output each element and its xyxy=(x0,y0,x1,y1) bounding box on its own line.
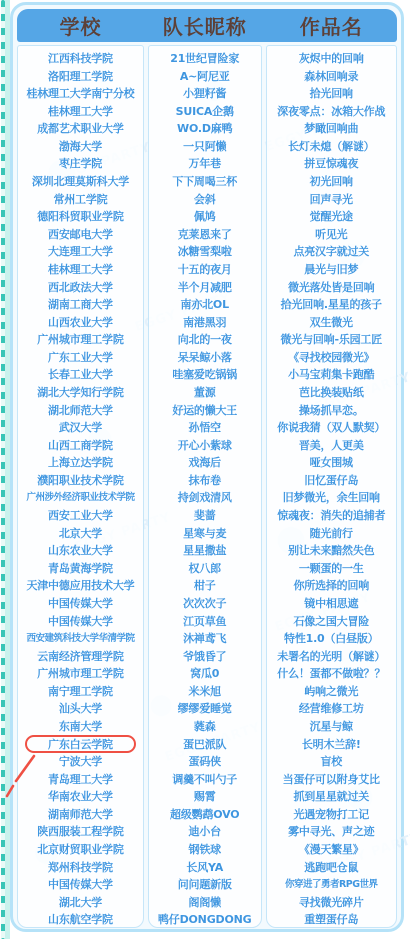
cell-captain: 万年巷 xyxy=(149,155,261,173)
cell-school: 桂林理工大学 xyxy=(18,103,143,121)
cell-work: 芭比换装贴纸 xyxy=(267,384,396,402)
cell-work: 灰烬中的回响 xyxy=(267,50,396,68)
cell-captain: 调羹不叫勺子 xyxy=(149,771,261,789)
cell-school: 长春工业大学 xyxy=(18,366,143,384)
cell-work: 你穿进了勇者RPG世界 xyxy=(267,876,396,894)
cell-captain: 向北的一夜 xyxy=(149,331,261,349)
cell-work: 你说我猜（双人默契） xyxy=(267,419,396,437)
cell-work: 晨光与旧梦 xyxy=(267,261,396,279)
cell-school: 东南大学 xyxy=(18,718,143,736)
cell-work: 森林回响录 xyxy=(267,68,396,86)
cell-captain: 下下周喝三杯 xyxy=(149,173,261,191)
cell-work: 拾光回响 xyxy=(267,85,396,103)
cell-work: 光遇宠物打工记 xyxy=(267,806,396,824)
cell-captain: 小狸籽酱 xyxy=(149,85,261,103)
cell-work: 长明木兰辞! xyxy=(267,736,396,754)
cell-captain: 星星撒盐 xyxy=(149,542,261,560)
cell-school: 湖北大学 xyxy=(18,894,143,912)
cell-work: 石像之国大冒险 xyxy=(267,613,396,631)
cell-work: 小马宝莉集卡跑酷 xyxy=(267,366,396,384)
column-school: 江西科技学院洛阳理工学院桂林理工大学南宁分校桂林理工大学成都艺术职业大学渤海大学… xyxy=(17,45,144,928)
cell-captain: 佩鸠 xyxy=(149,208,261,226)
cell-captain: 半个月减肥 xyxy=(149,279,261,297)
cell-captain: 21世纪冒险家 xyxy=(149,50,261,68)
cell-captain: SUICA企鹅 xyxy=(149,103,261,121)
cell-captain: 鸭仔DONGDONG xyxy=(149,911,261,928)
cell-work: 哑女围城 xyxy=(267,454,396,472)
cell-school: 华南农业大学 xyxy=(18,788,143,806)
cell-captain: 阁阁懒 xyxy=(149,894,261,912)
cell-captain: 超级鹦鹉OVO xyxy=(149,806,261,824)
cell-captain: 星寒与麦 xyxy=(149,525,261,543)
cell-work: 听见光 xyxy=(267,226,396,244)
cell-school: 北京财贸职业学院 xyxy=(18,841,143,859)
cell-work: 《寻找校园微光》 xyxy=(267,349,396,367)
cell-captain: WO.D麻鸭 xyxy=(149,120,261,138)
cell-work: 操场抓早恋。 xyxy=(267,402,396,420)
cell-school: 郑州科技学院 xyxy=(18,859,143,877)
cell-captain: 孙悟空 xyxy=(149,419,261,437)
cell-school: 云南经济管理学院 xyxy=(18,648,143,666)
cell-captain: 抹布卷 xyxy=(149,472,261,490)
cell-captain: 斐蔷 xyxy=(149,507,261,525)
cell-school: 广州城市理工学院 xyxy=(18,331,143,349)
cell-captain: 米米旭 xyxy=(149,683,261,701)
cell-school: 武汉大学 xyxy=(18,419,143,437)
cell-captain: 会斜 xyxy=(149,191,261,209)
cell-school: 桂林理工大学南宁分校 xyxy=(18,85,143,103)
cell-school: 德阳科贸职业学院 xyxy=(18,208,143,226)
cell-captain: 一只阿懒 xyxy=(149,138,261,156)
cell-captain: 钢铁球 xyxy=(149,841,261,859)
cell-captain: 十五的夜月 xyxy=(149,261,261,279)
cell-work: 寻找微光碎片 xyxy=(267,894,396,912)
header-school: 学校 xyxy=(17,11,144,40)
cell-work: 《漫天繁星》 xyxy=(267,841,396,859)
cell-work: 逃跑吧仓鼠 xyxy=(267,859,396,877)
cell-work: 重塑蛋仔岛 xyxy=(267,911,396,928)
cell-work: 旧忆蛋仔岛 xyxy=(267,472,396,490)
table-body: 江西科技学院洛阳理工学院桂林理工大学南宁分校桂林理工大学成都艺术职业大学渤海大学… xyxy=(17,45,397,928)
cell-work: 未署名的光明（解谜） xyxy=(267,648,396,666)
cell-captain: A~阿尼亚 xyxy=(149,68,261,86)
cell-work: 当蛋仔可以附身艾比 xyxy=(267,771,396,789)
cell-work: 晋美，人更美 xyxy=(267,437,396,455)
cell-work: 随光前行 xyxy=(267,525,396,543)
cell-captain: 缪缪爱睡觉 xyxy=(149,700,261,718)
cell-work: 沉星与鲸 xyxy=(267,718,396,736)
cell-school: 天津中德应用技术大学 xyxy=(18,577,143,595)
cell-work: 抓到星星就过关 xyxy=(267,788,396,806)
cell-school: 成都艺术职业大学 xyxy=(18,120,143,138)
cell-school: 青岛黄海学院 xyxy=(18,560,143,578)
cell-work: 惊魂夜：消失的追捕者 xyxy=(267,507,396,525)
cell-work: 点亮汉字就过关 xyxy=(267,243,396,261)
cell-school: 洛阳理工学院 xyxy=(18,68,143,86)
cell-work: 初光回响 xyxy=(267,173,396,191)
cell-captain: 次次次子 xyxy=(149,595,261,613)
cell-school: 宁波大学 xyxy=(18,753,143,771)
cell-captain: 蕤森 xyxy=(149,718,261,736)
cell-school: 上海立达学院 xyxy=(18,454,143,472)
column-work: 灰烬中的回响森林回响录拾光回响深夜零点：冰箱大作战梦瞰回响曲长灯未熄（解谜）拼豆… xyxy=(266,45,397,928)
cell-work: 觉醒光途 xyxy=(267,208,396,226)
cell-school: 江西科技学院 xyxy=(18,50,143,68)
cell-captain: 问问题新版 xyxy=(149,876,261,894)
cell-captain: 江页草鱼 xyxy=(149,613,261,631)
cell-captain: 柑子 xyxy=(149,577,261,595)
cell-school: 濮阳职业技术学院 xyxy=(18,472,143,490)
cell-work: 特性1.0（白昼版） xyxy=(267,630,396,648)
cell-captain: 南亦北OL xyxy=(149,296,261,314)
cell-school: 广州涉外经济职业技术学院 xyxy=(18,489,143,507)
cell-captain: 沐禅鸢飞 xyxy=(149,630,261,648)
header-work: 作品名 xyxy=(266,11,397,40)
cell-captain: 迪小台 xyxy=(149,823,261,841)
cell-work: 屿响之微光 xyxy=(267,683,396,701)
cell-captain: 蛋码侠 xyxy=(149,753,261,771)
cell-school: 湖南师范大学 xyxy=(18,806,143,824)
cell-school: 广州城市理工学院 xyxy=(18,665,143,683)
cell-school: 广东白云学院 xyxy=(18,736,143,754)
cell-work: 一颗蛋的一生 xyxy=(267,560,396,578)
cell-school: 北京大学 xyxy=(18,525,143,543)
results-page: { "title": "校园赛结果表", "header": { "school… xyxy=(0,0,410,939)
cell-work: 什么！蛋都不做啦？？ xyxy=(267,665,396,683)
cell-school: 山西工商学院 xyxy=(18,437,143,455)
cell-work: 你所选择的回响 xyxy=(267,577,396,595)
cell-school: 山西农业大学 xyxy=(18,314,143,332)
cell-captain: 董源 xyxy=(149,384,261,402)
cell-school: 深圳北理莫斯科大学 xyxy=(18,173,143,191)
cell-school: 中国传媒大学 xyxy=(18,876,143,894)
cell-captain: 窝瓜0 xyxy=(149,665,261,683)
cell-school: 湖北大学知行学院 xyxy=(18,384,143,402)
cell-school: 湖南工商大学 xyxy=(18,296,143,314)
cell-work: 经营维修工坊 xyxy=(267,700,396,718)
cell-school: 南宁理工学院 xyxy=(18,683,143,701)
cell-school: 渤海大学 xyxy=(18,138,143,156)
header-captain: 队长昵称 xyxy=(144,11,266,40)
cell-school: 湖北师范大学 xyxy=(18,402,143,420)
cell-captain: 持剑戏清风 xyxy=(149,489,261,507)
cell-work: 梦瞰回响曲 xyxy=(267,120,396,138)
cell-captain: 好运的懒大王 xyxy=(149,402,261,420)
cell-work: 微光与回响-乐园工匠 xyxy=(267,331,396,349)
column-captain: 21世纪冒险家A~阿尼亚小狸籽酱SUICA企鹅WO.D麻鸭一只阿懒万年巷下下周喝… xyxy=(148,45,262,928)
cell-captain: 赐霄 xyxy=(149,788,261,806)
cell-work: 长灯未熄（解谜） xyxy=(267,138,396,156)
cell-school: 大连理工大学 xyxy=(18,243,143,261)
cell-school: 西安工业大学 xyxy=(18,507,143,525)
cell-school: 西安邮电大学 xyxy=(18,226,143,244)
cell-work: 拼豆惊魂夜 xyxy=(267,155,396,173)
cell-work: 旧梦微光，余生回响 xyxy=(267,489,396,507)
cell-work: 微光落处皆是回响 xyxy=(267,279,396,297)
cell-school: 桂林理工大学 xyxy=(18,261,143,279)
cell-school: 青岛理工大学 xyxy=(18,771,143,789)
cell-captain: 冰糖雪梨啦 xyxy=(149,243,261,261)
cell-captain: 呆呆鲸小落 xyxy=(149,349,261,367)
cell-school: 西安建筑科技大学华清学院 xyxy=(18,630,143,648)
cell-school: 枣庄学院 xyxy=(18,155,143,173)
cell-work: 回声寻光 xyxy=(267,191,396,209)
table-header-bar: 学校 队长昵称 作品名 xyxy=(17,9,397,42)
cell-school: 广东工业大学 xyxy=(18,349,143,367)
results-table-card: EGGY PARTYEGGY PARTYEGGY PARTYEGGY PARTY… xyxy=(10,2,404,932)
cell-work: 盲校 xyxy=(267,753,396,771)
cell-captain: 蛋巴派队 xyxy=(149,736,261,754)
cell-work: 双生微光 xyxy=(267,314,396,332)
cell-school: 汕头大学 xyxy=(18,700,143,718)
cell-school: 中国传媒大学 xyxy=(18,613,143,631)
cell-captain: 爷饿昏了 xyxy=(149,648,261,666)
cell-captain: 哇塞爱吃锅锅 xyxy=(149,366,261,384)
cell-school: 常州工学院 xyxy=(18,191,143,209)
cell-school: 山东农业大学 xyxy=(18,542,143,560)
cell-captain: 权八郎 xyxy=(149,560,261,578)
cell-work: 深夜零点：冰箱大作战 xyxy=(267,103,396,121)
cell-work: 镜中相思遮 xyxy=(267,595,396,613)
cell-work: 拾光回响.星星的孩子 xyxy=(267,296,396,314)
cell-captain: 克莱恩来了 xyxy=(149,226,261,244)
cell-school: 陕西服装工程学院 xyxy=(18,823,143,841)
cell-captain: 戏海后 xyxy=(149,454,261,472)
cell-work: 别让未来黯然失色 xyxy=(267,542,396,560)
cell-captain: 长风YA xyxy=(149,859,261,877)
cell-captain: 南港黑羽 xyxy=(149,314,261,332)
cell-school: 中国传媒大学 xyxy=(18,595,143,613)
cell-work: 雾中寻光、声之迹 xyxy=(267,823,396,841)
cell-school: 山东航空学院 xyxy=(18,911,143,928)
cell-school: 西北政法大学 xyxy=(18,279,143,297)
cell-captain: 开心小紫球 xyxy=(149,437,261,455)
